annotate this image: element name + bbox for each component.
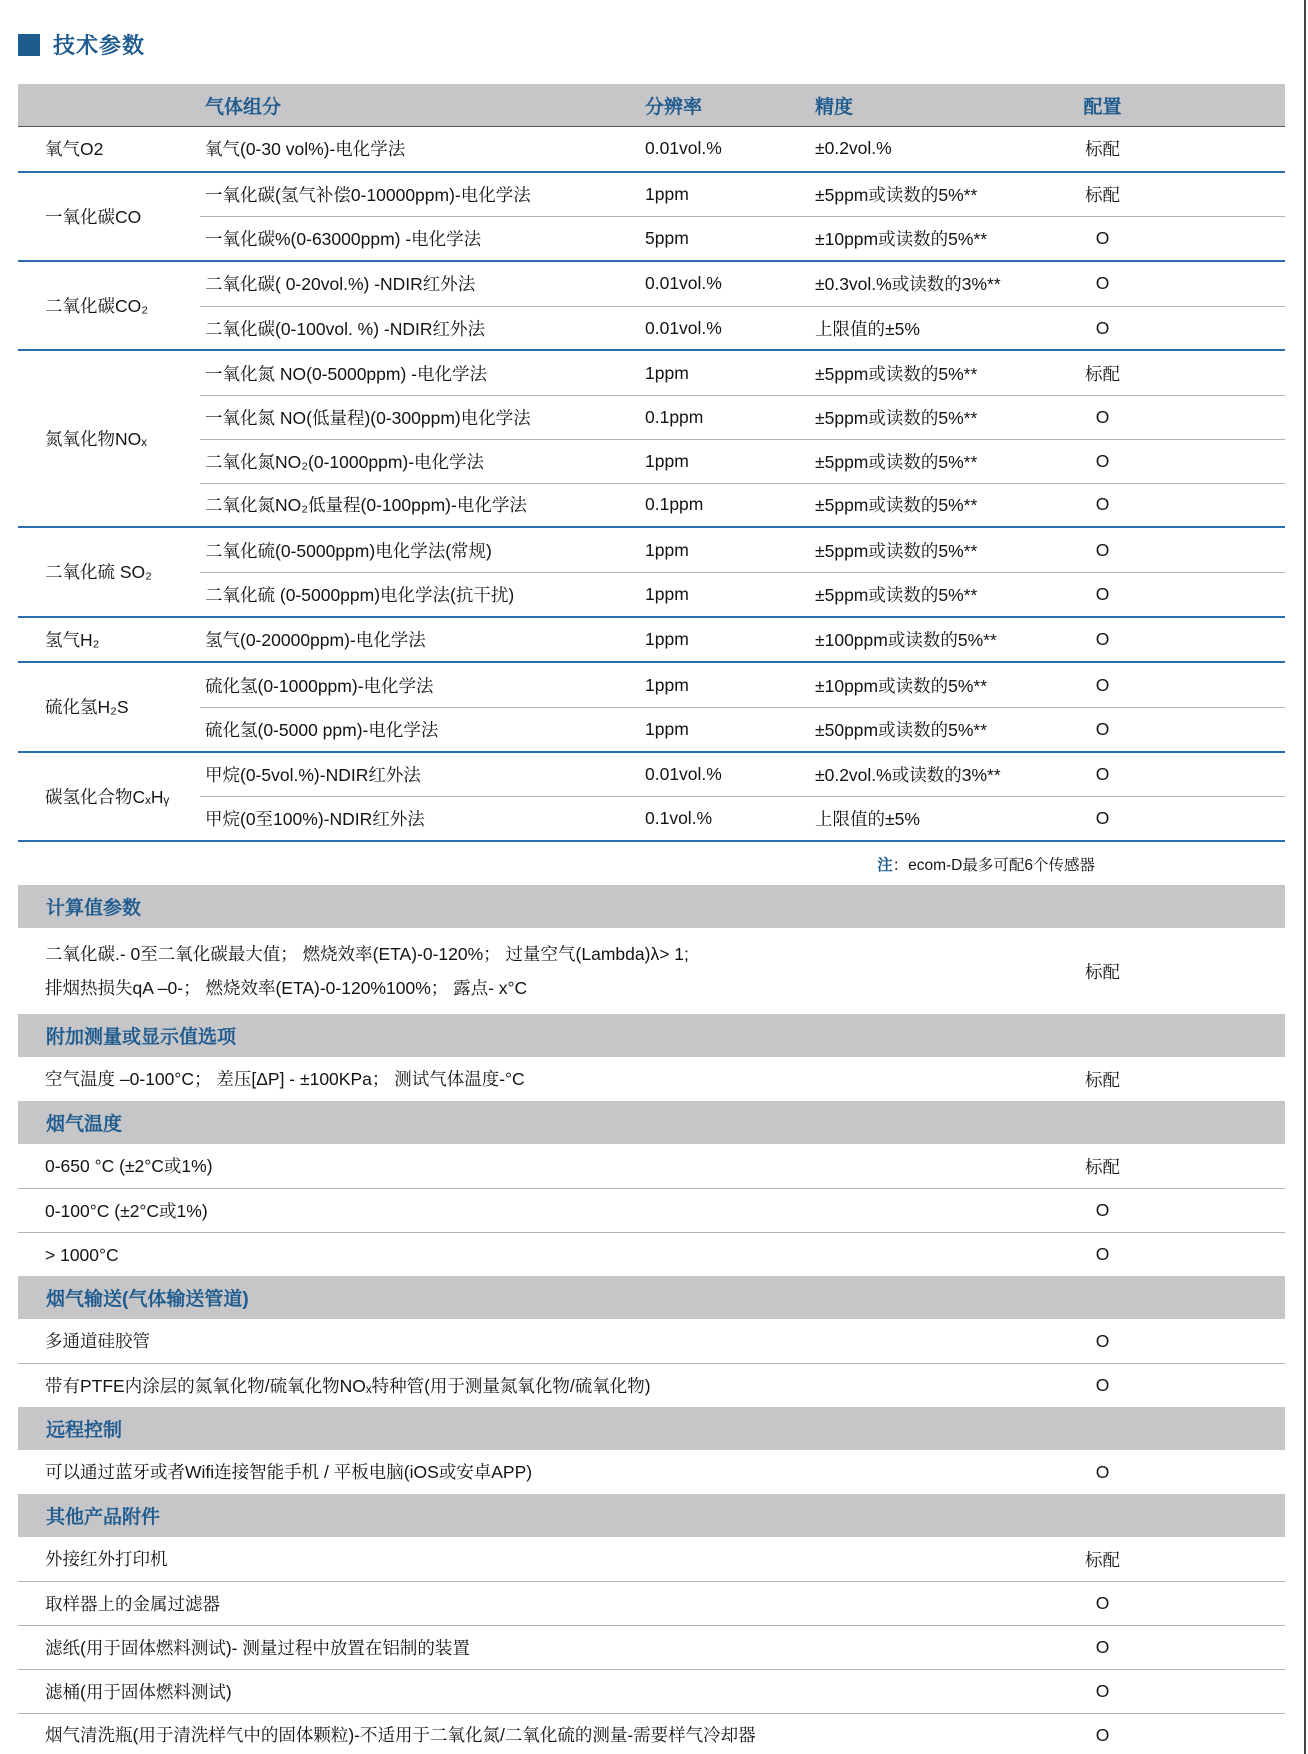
title-square-icon [18,34,40,56]
cell-component: 硫化氢(0-1000ppm)-电化学法 [200,673,640,698]
text-line: 排烟热损失qA –0-； 燃烧效率(ETA)-0-120%100%； 露点- x… [45,971,1015,1005]
cell-config: O [1015,584,1190,605]
text-line: 多通道硅胶管 [45,1324,1015,1358]
table-row: 硫化氢(0-5000 ppm)-电化学法1ppm±50ppm或读数的5%**O [200,707,1285,751]
text-line: 二氧化碳.- 0至二氧化碳最大值； 燃烧效率(ETA)-0-120%； 过量空气… [45,937,1015,971]
section-row-text: 烟气清洗瓶(用于清洗样气中的固体颗粒)-不适用于二氧化氮/二氧化硫的测量-需要样… [45,1718,1015,1752]
cell-component: 氢气(0-20000ppm)-电化学法 [200,627,640,652]
cell-config: O [1015,1637,1190,1658]
cell-component: 二氧化氮NO₂(0-1000ppm)-电化学法 [200,449,640,474]
cell-resolution: 0.1ppm [640,407,805,428]
table-row: 二氧化碳( 0-20vol.%) -NDIR红外法0.01vol.%±0.3vo… [200,262,1285,306]
text-line: 取样器上的金属过滤器 [45,1587,1015,1621]
cell-component: 一氧化氮 NO(低量程)(0-300ppm)电化学法 [200,405,640,430]
section-row-text: 0-100°C (±2°C或1%) [45,1194,1015,1228]
cell-resolution: 1ppm [640,675,805,696]
cell-accuracy: ±5ppm或读数的5%** [805,449,1015,474]
table-row: 二氧化硫(0-5000ppm)电化学法(常规)1ppm±5ppm或读数的5%**… [200,528,1285,572]
cell-component: 甲烷(0-5vol.%)-NDIR红外法 [200,762,640,787]
text-line: 滤桶(用于固体燃料测试) [45,1675,1015,1709]
table-row: 一氧化碳(氢气补偿0-10000ppm)-电化学法1ppm±5ppm或读数的5%… [200,173,1285,217]
section-row: 滤桶(用于固体燃料测试)O [18,1669,1285,1713]
group-label: 硫化氢H₂S [18,663,200,750]
cell-accuracy: 上限值的±5% [805,806,1015,831]
cell-resolution: 1ppm [640,629,805,650]
spec-table-body: 氧气O2氧气(0-30 vol%)-电化学法0.01vol.%±0.2vol.%… [18,127,1285,842]
cell-accuracy: ±5ppm或读数的5%** [805,582,1015,607]
cell-config: O [1015,1593,1190,1614]
header-config: 配置 [1015,92,1190,119]
table-row: 一氧化氮 NO(低量程)(0-300ppm)电化学法0.1ppm±5ppm或读数… [200,395,1285,439]
note-text: ：ecom-D最多可配6个传感器 [893,853,1095,875]
cell-resolution: 0.01vol.% [640,273,805,294]
cell-accuracy: ±5ppm或读数的5%** [805,361,1015,386]
section-header: 烟气温度 [18,1101,1285,1144]
cell-accuracy: ±10ppm或读数的5%** [805,673,1015,698]
cell-accuracy: ±5ppm或读数的5%** [805,492,1015,517]
spec-table-header: 气体组分 分辨率 精度 配置 [18,84,1285,127]
page-title-row: 技术参数 [18,0,1308,60]
cell-resolution: 0.01vol.% [640,764,805,785]
table-row: 甲烷(0至100%)-NDIR红外法0.1vol.%上限值的±5%O [200,796,1285,840]
spec-group: 氧气O2氧气(0-30 vol%)-电化学法0.01vol.%±0.2vol.%… [18,127,1285,173]
cell-config: O [1015,451,1190,472]
section-row-text: 0-650 °C (±2°C或1%) [45,1149,1015,1183]
cell-config: O [1015,228,1190,249]
spec-group: 氮氧化物NOₓ一氧化氮 NO(0-5000ppm) -电化学法1ppm±5ppm… [18,351,1285,528]
cell-accuracy: 上限值的±5% [805,316,1015,341]
section-row: 多通道硅胶管O [18,1319,1285,1363]
cell-accuracy: ±10ppm或读数的5%** [805,226,1015,251]
group-rows: 氧气(0-30 vol%)-电化学法0.01vol.%±0.2vol.%标配 [200,127,1285,171]
section-header: 其他产品附件 [18,1494,1285,1537]
cell-resolution: 0.01vol.% [640,318,805,339]
table-row: 一氧化碳%(0-63000ppm) -电化学法5ppm±10ppm或读数的5%*… [200,216,1285,260]
cell-config: O [1015,675,1190,696]
cell-config: 标配 [1015,1154,1190,1179]
group-rows: 二氧化硫(0-5000ppm)电化学法(常规)1ppm±5ppm或读数的5%**… [200,528,1285,615]
section-row-text: 滤桶(用于固体燃料测试) [45,1675,1015,1709]
table-row: 硫化氢(0-1000ppm)-电化学法1ppm±10ppm或读数的5%**O [200,663,1285,707]
text-line: 0-100°C (±2°C或1%) [45,1194,1015,1228]
spec-group: 一氧化碳CO一氧化碳(氢气补偿0-10000ppm)-电化学法1ppm±5ppm… [18,173,1285,262]
text-line: 可以通过蓝牙或者Wifi连接智能手机 / 平板电脑(iOS或安卓APP) [45,1455,1015,1489]
table-row: 二氧化硫 (0-5000ppm)电化学法(抗干扰)1ppm±5ppm或读数的5%… [200,572,1285,616]
cell-resolution: 0.1vol.% [640,808,805,829]
section-header: 附加测量或显示值选项 [18,1014,1285,1057]
cell-resolution: 1ppm [640,363,805,384]
group-label: 氧气O2 [18,127,200,171]
cell-config: O [1015,1200,1190,1221]
text-line: 0-650 °C (±2°C或1%) [45,1149,1015,1183]
spec-group: 二氧化硫 SO₂二氧化硫(0-5000ppm)电化学法(常规)1ppm±5ppm… [18,528,1285,617]
group-rows: 甲烷(0-5vol.%)-NDIR红外法0.01vol.%±0.2vol.%或读… [200,753,1285,840]
cell-config: O [1015,540,1190,561]
section-header: 计算值参数 [18,885,1285,928]
table-row: 一氧化氮 NO(0-5000ppm) -电化学法1ppm±5ppm或读数的5%*… [200,351,1285,395]
cell-config: 标配 [1015,361,1190,386]
cell-component: 硫化氢(0-5000 ppm)-电化学法 [200,717,640,742]
section-row: 烟气清洗瓶(用于清洗样气中的固体颗粒)-不适用于二氧化氮/二氧化硫的测量-需要样… [18,1713,1285,1754]
section-row-text: > 1000°C [45,1238,1015,1272]
section-row: 可以通过蓝牙或者Wifi连接智能手机 / 平板电脑(iOS或安卓APP)O [18,1450,1285,1494]
text-line: > 1000°C [45,1238,1015,1272]
section-row: 滤纸(用于固体燃料测试)- 测量过程中放置在铝制的装置O [18,1625,1285,1669]
section-row-text: 多通道硅胶管 [45,1324,1015,1358]
cell-config: O [1015,1375,1190,1396]
text-line: 空气温度 –0-100°C； 差压[ΔP] - ±100KPa； 测试气体温度-… [45,1062,1015,1096]
section-row-text: 二氧化碳.- 0至二氧化碳最大值； 燃烧效率(ETA)-0-120%； 过量空气… [45,937,1015,1005]
cell-component: 二氧化硫 (0-5000ppm)电化学法(抗干扰) [200,582,640,607]
group-rows: 氢气(0-20000ppm)-电化学法1ppm±100ppm或读数的5%**O [200,618,1285,662]
cell-resolution: 1ppm [640,184,805,205]
group-rows: 一氧化碳(氢气补偿0-10000ppm)-电化学法1ppm±5ppm或读数的5%… [200,173,1285,260]
section-row: > 1000°CO [18,1232,1285,1276]
group-label: 二氧化硫 SO₂ [18,528,200,615]
cell-config: O [1015,407,1190,428]
section-row: 0-100°C (±2°C或1%)O [18,1188,1285,1232]
spec-group: 碳氢化合物CₓHᵧ甲烷(0-5vol.%)-NDIR红外法0.01vol.%±0… [18,753,1285,842]
section-header: 烟气输送(气体输送管道) [18,1276,1285,1319]
cell-config: 标配 [1015,1547,1190,1572]
spec-group: 氢气H₂氢气(0-20000ppm)-电化学法1ppm±100ppm或读数的5%… [18,618,1285,664]
section-row-text: 取样器上的金属过滤器 [45,1587,1015,1621]
group-label: 氢气H₂ [18,618,200,662]
page-title: 技术参数 [53,29,145,60]
cell-accuracy: ±100ppm或读数的5%** [805,627,1015,652]
group-rows: 硫化氢(0-1000ppm)-电化学法1ppm±10ppm或读数的5%**O硫化… [200,663,1285,750]
cell-config: O [1015,318,1190,339]
header-resolution: 分辨率 [640,92,805,119]
cell-config: O [1015,273,1190,294]
cell-config: O [1015,629,1190,650]
cell-config: 标配 [1015,1067,1190,1092]
cell-config: O [1015,764,1190,785]
note-label: 注 [877,853,893,875]
cell-resolution: 1ppm [640,584,805,605]
cell-accuracy: ±5ppm或读数的5%** [805,538,1015,563]
cell-component: 氧气(0-30 vol%)-电化学法 [200,136,640,161]
section-row-text: 外接红外打印机 [45,1542,1015,1576]
cell-component: 一氧化碳%(0-63000ppm) -电化学法 [200,226,640,251]
cell-config: O [1015,1725,1190,1746]
cell-accuracy: ±0.2vol.%或读数的3%** [805,762,1015,787]
cell-config: O [1015,1462,1190,1483]
section-header: 远程控制 [18,1407,1285,1450]
group-label: 碳氢化合物CₓHᵧ [18,753,200,840]
section-row-text: 空气温度 –0-100°C； 差压[ΔP] - ±100KPa； 测试气体温度-… [45,1062,1015,1096]
cell-resolution: 0.1ppm [640,494,805,515]
text-line: 外接红外打印机 [45,1542,1015,1576]
cell-component: 二氧化碳( 0-20vol.%) -NDIR红外法 [200,271,640,296]
group-label: 氮氧化物NOₓ [18,351,200,526]
cell-config: O [1015,719,1190,740]
table-row: 二氧化碳(0-100vol. %) -NDIR红外法0.01vol.%上限值的±… [200,306,1285,350]
table-row: 二氧化氮NO₂低量程(0-100ppm)-电化学法0.1ppm±5ppm或读数的… [200,483,1285,527]
cell-resolution: 1ppm [640,451,805,472]
header-component: 气体组分 [200,92,640,119]
cell-config: 标配 [1015,182,1190,207]
section-row: 二氧化碳.- 0至二氧化碳最大值； 燃烧效率(ETA)-0-120%； 过量空气… [18,928,1285,1014]
cell-component: 二氧化碳(0-100vol. %) -NDIR红外法 [200,316,640,341]
cell-resolution: 1ppm [640,719,805,740]
section-row-text: 带有PTFE内涂层的氮氧化物/硫氧化物NOₓ特种管(用于测量氮氧化物/硫氧化物) [45,1369,1015,1403]
header-accuracy: 精度 [805,92,1015,119]
table-row: 甲烷(0-5vol.%)-NDIR红外法0.01vol.%±0.2vol.%或读… [200,753,1285,797]
text-line: 滤纸(用于固体燃料测试)- 测量过程中放置在铝制的装置 [45,1631,1015,1665]
cell-accuracy: ±5ppm或读数的5%** [805,182,1015,207]
section-row: 外接红外打印机标配 [18,1537,1285,1581]
spec-table: 气体组分 分辨率 精度 配置 氧气O2氧气(0-30 vol%)-电化学法0.0… [18,84,1285,842]
table-note: 注：ecom-D最多可配6个传感器 [18,842,1285,885]
cell-config: O [1015,1331,1190,1352]
section-row: 带有PTFE内涂层的氮氧化物/硫氧化物NOₓ特种管(用于测量氮氧化物/硫氧化物)… [18,1363,1285,1407]
cell-accuracy: ±0.2vol.% [805,138,1015,159]
spec-group: 二氧化碳CO₂二氧化碳( 0-20vol.%) -NDIR红外法0.01vol.… [18,262,1285,351]
section-row-text: 可以通过蓝牙或者Wifi连接智能手机 / 平板电脑(iOS或安卓APP) [45,1455,1015,1489]
section-row-text: 滤纸(用于固体燃料测试)- 测量过程中放置在铝制的装置 [45,1631,1015,1665]
text-line: 烟气清洗瓶(用于清洗样气中的固体颗粒)-不适用于二氧化氮/二氧化硫的测量-需要样… [45,1718,1015,1752]
section-row: 0-650 °C (±2°C或1%)标配 [18,1144,1285,1188]
group-label: 二氧化碳CO₂ [18,262,200,349]
cell-accuracy: ±0.3vol.%或读数的3%** [805,271,1015,296]
text-line: 带有PTFE内涂层的氮氧化物/硫氧化物NOₓ特种管(用于测量氮氧化物/硫氧化物) [45,1369,1015,1403]
cell-accuracy: ±50ppm或读数的5%** [805,717,1015,742]
cell-component: 一氧化碳(氢气补偿0-10000ppm)-电化学法 [200,182,640,207]
cell-component: 一氧化氮 NO(0-5000ppm) -电化学法 [200,361,640,386]
table-row: 氧气(0-30 vol%)-电化学法0.01vol.%±0.2vol.%标配 [200,127,1285,171]
cell-resolution: 5ppm [640,228,805,249]
cell-config: 标配 [1015,959,1190,984]
cell-config: 标配 [1015,136,1190,161]
group-rows: 一氧化氮 NO(0-5000ppm) -电化学法1ppm±5ppm或读数的5%*… [200,351,1285,526]
cell-config: O [1015,1681,1190,1702]
cell-component: 二氧化氮NO₂低量程(0-100ppm)-电化学法 [200,492,640,517]
datasheet-page: 技术参数 气体组分 分辨率 精度 配置 氧气O2氧气(0-30 vol%)-电化… [0,0,1308,1754]
cell-config: O [1015,494,1190,515]
cell-resolution: 1ppm [640,540,805,561]
section-row: 空气温度 –0-100°C； 差压[ΔP] - ±100KPa； 测试气体温度-… [18,1057,1285,1101]
cell-component: 二氧化硫(0-5000ppm)电化学法(常规) [200,538,640,563]
cell-config: O [1015,808,1190,829]
sections: 计算值参数二氧化碳.- 0至二氧化碳最大值； 燃烧效率(ETA)-0-120%；… [18,885,1285,1754]
page-right-border [1304,0,1306,1754]
cell-config: O [1015,1244,1190,1265]
group-label: 一氧化碳CO [18,173,200,260]
table-row: 氢气(0-20000ppm)-电化学法1ppm±100ppm或读数的5%**O [200,618,1285,662]
cell-accuracy: ±5ppm或读数的5%** [805,405,1015,430]
group-rows: 二氧化碳( 0-20vol.%) -NDIR红外法0.01vol.%±0.3vo… [200,262,1285,349]
cell-resolution: 0.01vol.% [640,138,805,159]
section-row: 取样器上的金属过滤器O [18,1581,1285,1625]
cell-component: 甲烷(0至100%)-NDIR红外法 [200,806,640,831]
spec-group: 硫化氢H₂S硫化氢(0-1000ppm)-电化学法1ppm±10ppm或读数的5… [18,663,1285,752]
table-row: 二氧化氮NO₂(0-1000ppm)-电化学法1ppm±5ppm或读数的5%**… [200,439,1285,483]
